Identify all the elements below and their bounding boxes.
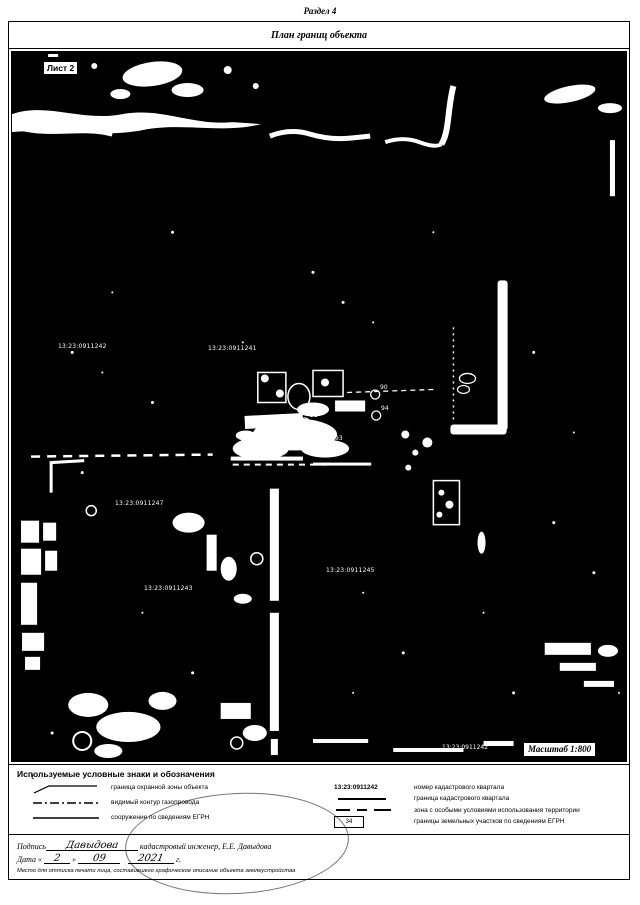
engineer-name: кадастровый инженер, Е.Е. Давыдова (138, 842, 273, 851)
handwritten-signature: Давыдова (46, 841, 138, 851)
cadastral-number-label: 13:23:0911247 (115, 500, 164, 507)
sheet-number-label: Лист 2 (43, 61, 78, 75)
year-suffix: г. (174, 855, 183, 864)
legend-item: 34 границы земельных участков по сведени… (334, 817, 621, 827)
date-label: Дата (17, 855, 36, 864)
document-page: Раздел 4 План границ объекта (0, 0, 640, 905)
legend-item-label: видимый контур газопровода (103, 799, 199, 806)
legend-title: Используемые условные знаки и обозначени… (17, 769, 621, 779)
legend-item: зона с особыми условиями использования т… (334, 805, 621, 815)
survey-point-number: 92 (251, 432, 259, 439)
egrn-parcel-boundary-symbol: 34 (334, 816, 406, 828)
cadastral-number-label: 13:23:0911241 (208, 345, 257, 352)
cadastral-quarter-boundary-symbol (334, 794, 406, 804)
signature-section: Подпись Давыдова кадастровый инженер, Е.… (9, 835, 629, 876)
cadastral-quarter-number-symbol: 13:23:0911242 (334, 784, 406, 791)
signature-label: Подпись (17, 842, 46, 851)
cadastral-number-label: 13:23:0911242 (442, 744, 488, 751)
special-use-zone-symbol (334, 805, 406, 815)
plan-title: План границ объекта (9, 22, 629, 49)
legend-item-label: граница кадастрового квартала (406, 795, 509, 802)
handwritten-year: 2021 (128, 854, 174, 864)
cadastral-number-label: 13:23:0911243 (144, 585, 193, 592)
date-row: Дата « 2 » 09 2021 г. (17, 851, 621, 864)
legend-item-label: зона с особыми условиями использования т… (406, 807, 580, 814)
legend-item-label: границы земельных участков по сведениям … (406, 818, 565, 825)
survey-point-number: 94 (381, 405, 389, 412)
scale-label: Масштаб 1:800 (523, 742, 596, 757)
map-features-graphic (12, 52, 626, 761)
legend-item-label: сооружение по сведениям ЕГРН (103, 814, 209, 821)
section-title: Раздел 4 (0, 6, 640, 16)
map-section: Лист 2 Масштаб 1:800 13:23:0911242 13:23… (9, 49, 629, 765)
legend-item: 1 граница охранной зоны объекта (31, 782, 318, 793)
legend-item: видимый контур газопровода (31, 797, 318, 808)
survey-point-number: 93 (335, 435, 343, 442)
handwritten-month: 09 (78, 854, 120, 864)
legend-item-label: граница охранной зоны объекта (103, 784, 208, 791)
cadastral-number-label: 13:23:0911242 (58, 343, 107, 350)
legend-item: сооружение по сведениям ЕГРН (31, 812, 318, 823)
satellite-map-image: Лист 2 Масштаб 1:800 13:23:0911242 13:23… (11, 51, 627, 762)
legend-item-label: номер кадастрового квартала (406, 784, 504, 791)
gas-pipeline-contour-symbol (31, 796, 103, 810)
stamp-place-note: Место для оттиска печати лица, составивш… (17, 868, 295, 874)
cadastral-number-label: 13:23:0911245 (326, 567, 375, 574)
survey-point-number: 90 (380, 384, 388, 391)
handwritten-day: 2 (44, 854, 70, 864)
legend-item: граница кадастрового квартала (334, 794, 621, 804)
survey-point-number: 91 (310, 412, 318, 419)
legend-item: 13:23:0911242 номер кадастрового квартал… (334, 782, 621, 792)
legend-section: Используемые условные знаки и обозначени… (9, 765, 629, 835)
egrn-structure-symbol (31, 811, 103, 825)
protected-zone-boundary-symbol: 1 (31, 781, 103, 795)
signature-row: Подпись Давыдова кадастровый инженер, Е.… (17, 838, 621, 851)
document-frame: План границ объекта (8, 21, 630, 880)
